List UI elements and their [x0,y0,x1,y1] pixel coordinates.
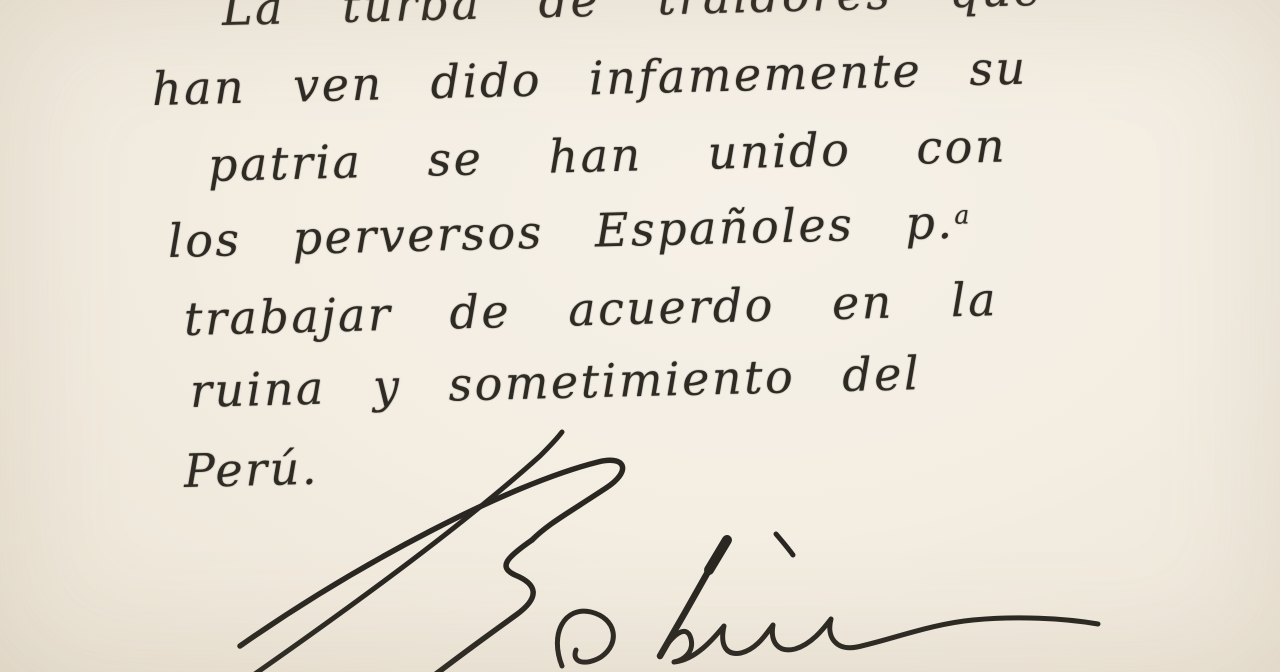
manuscript-photo: La turba de traidores que han ven dido i… [0,0,1280,672]
handwriting-line-5: trabajar de acuerdo en la [183,274,998,344]
signature-b-bowl [436,540,533,672]
handwriting-line-4-superscript: a [954,200,970,229]
handwriting-line-2: han ven dido infamemente su [151,43,1028,115]
signature-accent [776,534,793,555]
handwriting-line-1: La turba de traidores que [221,0,1043,35]
handwriting-line-4: los perversos Españoles p.a [167,196,970,266]
handwriting-line-7: Perú. [183,443,319,497]
signature-o [557,611,613,666]
handwriting-line-6: ruina y sometimiento del [189,348,921,416]
signature-ivar-tail [660,618,1098,662]
handwriting-line-3: patria se han unido con [207,120,1007,190]
signature-l-cap [709,540,727,570]
handwriting-line-4-text: los perversos Españoles p. [167,195,955,268]
signature-l [660,540,726,656]
